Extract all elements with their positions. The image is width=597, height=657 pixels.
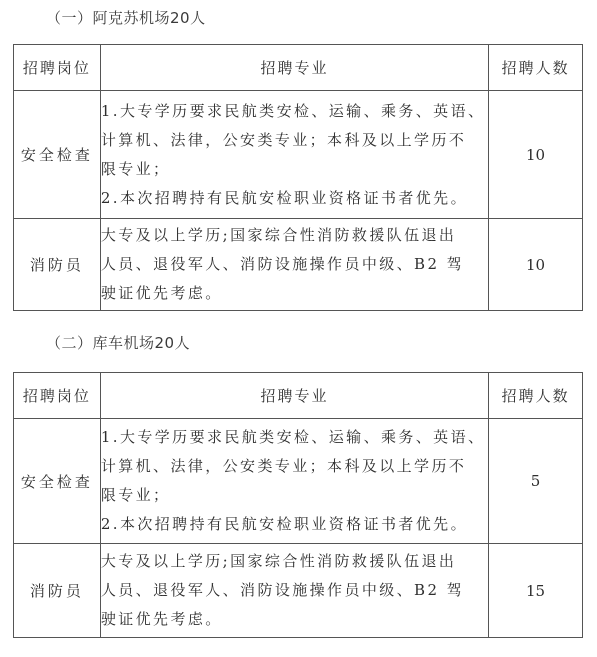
count-cell: 10 (489, 91, 583, 219)
major-line: 1.大专学历要求民航类安检、运输、乘务、英语、 (101, 97, 488, 126)
header-position: 招聘岗位 (14, 373, 101, 419)
major-line: 人员、退役军人、消防设施操作员中级、B2 驾 (101, 250, 488, 279)
section-heading-aksu: （一）阿克苏机场20人 (46, 7, 206, 28)
major-line: 计算机、法律，公安类专业；本科及以上学历不 (101, 452, 488, 481)
major-cell: 1.大专学历要求民航类安检、运输、乘务、英语、 计算机、法律，公安类专业；本科及… (100, 91, 488, 219)
position-cell: 安全检查 (14, 91, 101, 219)
table-header-row: 招聘岗位 招聘专业 招聘人数 (14, 45, 583, 91)
header-major: 招聘专业 (100, 45, 488, 91)
count-cell: 10 (489, 219, 583, 311)
header-position: 招聘岗位 (14, 45, 101, 91)
header-count: 招聘人数 (489, 373, 583, 419)
position-cell: 消防员 (14, 219, 101, 311)
table-row: 消防员 大专及以上学历;国家综合性消防救援队伍退出 人员、退役军人、消防设施操作… (14, 219, 583, 311)
table-row: 安全检查 1.大专学历要求民航类安检、运输、乘务、英语、 计算机、法律，公安类专… (14, 91, 583, 219)
major-line: 驶证优先考虑。 (101, 279, 488, 308)
major-line: 限专业； (101, 481, 488, 510)
major-line: 2.本次招聘持有民航安检职业资格证书者优先。 (101, 184, 488, 213)
major-line: 大专及以上学历;国家综合性消防救援队伍退出 (101, 221, 488, 250)
recruit-table-aksu: 招聘岗位 招聘专业 招聘人数 安全检查 1.大专学历要求民航类安检、运输、乘务、… (13, 44, 583, 311)
major-line: 限专业； (101, 155, 488, 184)
major-cell: 1.大专学历要求民航类安检、运输、乘务、英语、 计算机、法律，公安类专业；本科及… (100, 419, 488, 544)
table-row: 消防员 大专及以上学历;国家综合性消防救援队伍退出 人员、退役军人、消防设施操作… (14, 544, 583, 638)
position-cell: 安全检查 (14, 419, 101, 544)
major-line: 1.大专学历要求民航类安检、运输、乘务、英语、 (101, 423, 488, 452)
recruit-table-kuqa: 招聘岗位 招聘专业 招聘人数 安全检查 1.大专学历要求民航类安检、运输、乘务、… (13, 372, 583, 638)
major-line: 大专及以上学历;国家综合性消防救援队伍退出 (101, 547, 488, 576)
position-cell: 消防员 (14, 544, 101, 638)
header-count: 招聘人数 (489, 45, 583, 91)
major-line: 计算机、法律，公安类专业；本科及以上学历不 (101, 126, 488, 155)
table-header-row: 招聘岗位 招聘专业 招聘人数 (14, 373, 583, 419)
major-line: 驶证优先考虑。 (101, 605, 488, 634)
header-major: 招聘专业 (100, 373, 488, 419)
table-row: 安全检查 1.大专学历要求民航类安检、运输、乘务、英语、 计算机、法律，公安类专… (14, 419, 583, 544)
major-cell: 大专及以上学历;国家综合性消防救援队伍退出 人员、退役军人、消防设施操作员中级、… (100, 544, 488, 638)
major-line: 2.本次招聘持有民航安检职业资格证书者优先。 (101, 510, 488, 539)
section-heading-kuqa: （二）库车机场20人 (46, 332, 190, 353)
major-cell: 大专及以上学历;国家综合性消防救援队伍退出 人员、退役军人、消防设施操作员中级、… (100, 219, 488, 311)
major-line: 人员、退役军人、消防设施操作员中级、B2 驾 (101, 576, 488, 605)
count-cell: 15 (489, 544, 583, 638)
count-cell: 5 (489, 419, 583, 544)
